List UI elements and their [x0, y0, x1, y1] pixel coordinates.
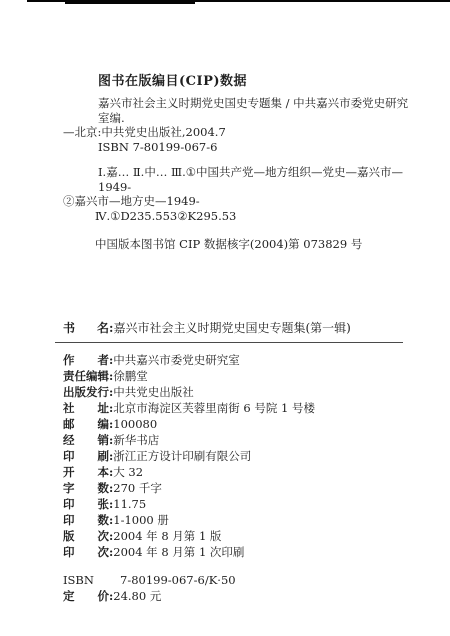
price-value: 24.80 元 — [113, 589, 161, 603]
row-value: 11.75 — [113, 497, 146, 511]
row-value: 中共党史出版社 — [113, 385, 194, 399]
row-value: 100080 — [113, 417, 157, 431]
row-value: 新华书店 — [113, 433, 159, 447]
info-row: 作者:中共嘉兴市委党史研究室 — [63, 352, 409, 368]
cip-desc-line: ISBN 7-80199-067-6 — [63, 140, 409, 155]
isbn-row: ISBN7-80199-067-6/K·50 — [63, 572, 409, 588]
row-value: 2004 年 8 月第 1 次印刷 — [113, 545, 244, 559]
row-label: 印刷 — [63, 448, 109, 464]
cip-desc-line: —北京:中共党史出版社,2004.7 — [63, 125, 409, 140]
info-row: 出版发行:中共党史出版社 — [63, 384, 409, 400]
cip-registry-line: 中国版本图书馆 CIP 数据核字(2004)第 073829 号 — [63, 237, 409, 251]
info-row: 邮编:100080 — [63, 416, 409, 432]
book-info-section: 书名:嘉兴市社会主义时期党史国史专题集(第一辑) 作者:中共嘉兴市委党史研究室 … — [63, 319, 409, 604]
row-value: 徐鹏堂 — [113, 369, 148, 383]
info-row: 版次:2004 年 8 月第 1 版 — [63, 528, 409, 544]
book-title-value: 嘉兴市社会主义时期党史国史专题集(第一辑) — [113, 321, 350, 335]
cip-class-line: Ⅳ.①D235.553②K295.53 — [63, 209, 409, 224]
info-row: 印张:11.75 — [63, 496, 409, 512]
info-row: 责任编辑:徐鹏堂 — [63, 368, 409, 384]
row-label: 字数 — [63, 480, 109, 496]
divider-rule — [55, 342, 403, 343]
info-row: 印数:1-1000 册 — [63, 512, 409, 528]
row-label: 印数 — [63, 512, 109, 528]
row-label: 定价 — [63, 588, 109, 604]
row-label: 开本 — [63, 464, 109, 480]
row-label: 印张 — [63, 496, 109, 512]
row-label: 责任编辑 — [63, 368, 109, 384]
scan-edge-band — [27, 0, 450, 2]
row-value: 浙江正方设计印刷有限公司 — [113, 449, 251, 463]
book-title-row: 书名:嘉兴市社会主义时期党史国史专题集(第一辑) — [63, 319, 409, 337]
row-value: 北京市海淀区芙蓉里南街 6 号院 1 号楼 — [113, 401, 315, 415]
row-label: 邮编 — [63, 416, 109, 432]
info-row: 字数:270 千字 — [63, 480, 409, 496]
isbn-label: ISBN — [63, 572, 120, 588]
cip-classification: Ⅰ.嘉… Ⅱ.中… Ⅲ.①中国共产党—地方组织—党史—嘉兴市—1949- ②嘉兴… — [63, 165, 409, 223]
row-label: 印次 — [63, 544, 109, 560]
row-value: 大 32 — [113, 465, 143, 479]
info-row: 开本:大 32 — [63, 464, 409, 480]
info-row: 经销:新华书店 — [63, 432, 409, 448]
cip-heading: 图书在版编目(CIP)数据 — [63, 74, 409, 89]
row-value: 2004 年 8 月第 1 版 — [113, 529, 221, 543]
row-label: 经销 — [63, 432, 109, 448]
copyright-page: 图书在版编目(CIP)数据 嘉兴市社会主义时期党史国史专题集 / 中共嘉兴市委党… — [0, 0, 450, 636]
row-label: 出版发行 — [63, 384, 109, 400]
row-label: 书名 — [63, 319, 109, 337]
info-row: 社址:北京市海淀区芙蓉里南街 6 号院 1 号楼 — [63, 400, 409, 416]
price-row: 定价:24.80 元 — [63, 588, 409, 604]
cip-class-line: Ⅰ.嘉… Ⅱ.中… Ⅲ.①中国共产党—地方组织—党史—嘉兴市—1949- — [63, 165, 409, 194]
cip-class-line: ②嘉兴市—地方史—1949- — [63, 194, 409, 209]
row-value: 270 千字 — [113, 481, 162, 495]
row-value: 中共嘉兴市委党史研究室 — [113, 353, 240, 367]
cip-description: 嘉兴市社会主义时期党史国史专题集 / 中共嘉兴市委党史研究室编. —北京:中共党… — [63, 96, 409, 154]
isbn-value: 7-80199-067-6/K·50 — [120, 573, 236, 587]
row-label: 社址 — [63, 400, 109, 416]
row-label: 版次 — [63, 528, 109, 544]
info-row: 印次:2004 年 8 月第 1 次印刷 — [63, 544, 409, 560]
info-row: 印刷:浙江正方设计印刷有限公司 — [63, 448, 409, 464]
row-value: 1-1000 册 — [113, 513, 169, 527]
cip-desc-line: 嘉兴市社会主义时期党史国史专题集 / 中共嘉兴市委党史研究室编. — [63, 96, 409, 125]
page-content: 图书在版编目(CIP)数据 嘉兴市社会主义时期党史国史专题集 / 中共嘉兴市委党… — [63, 74, 409, 604]
row-label: 作者 — [63, 352, 109, 368]
